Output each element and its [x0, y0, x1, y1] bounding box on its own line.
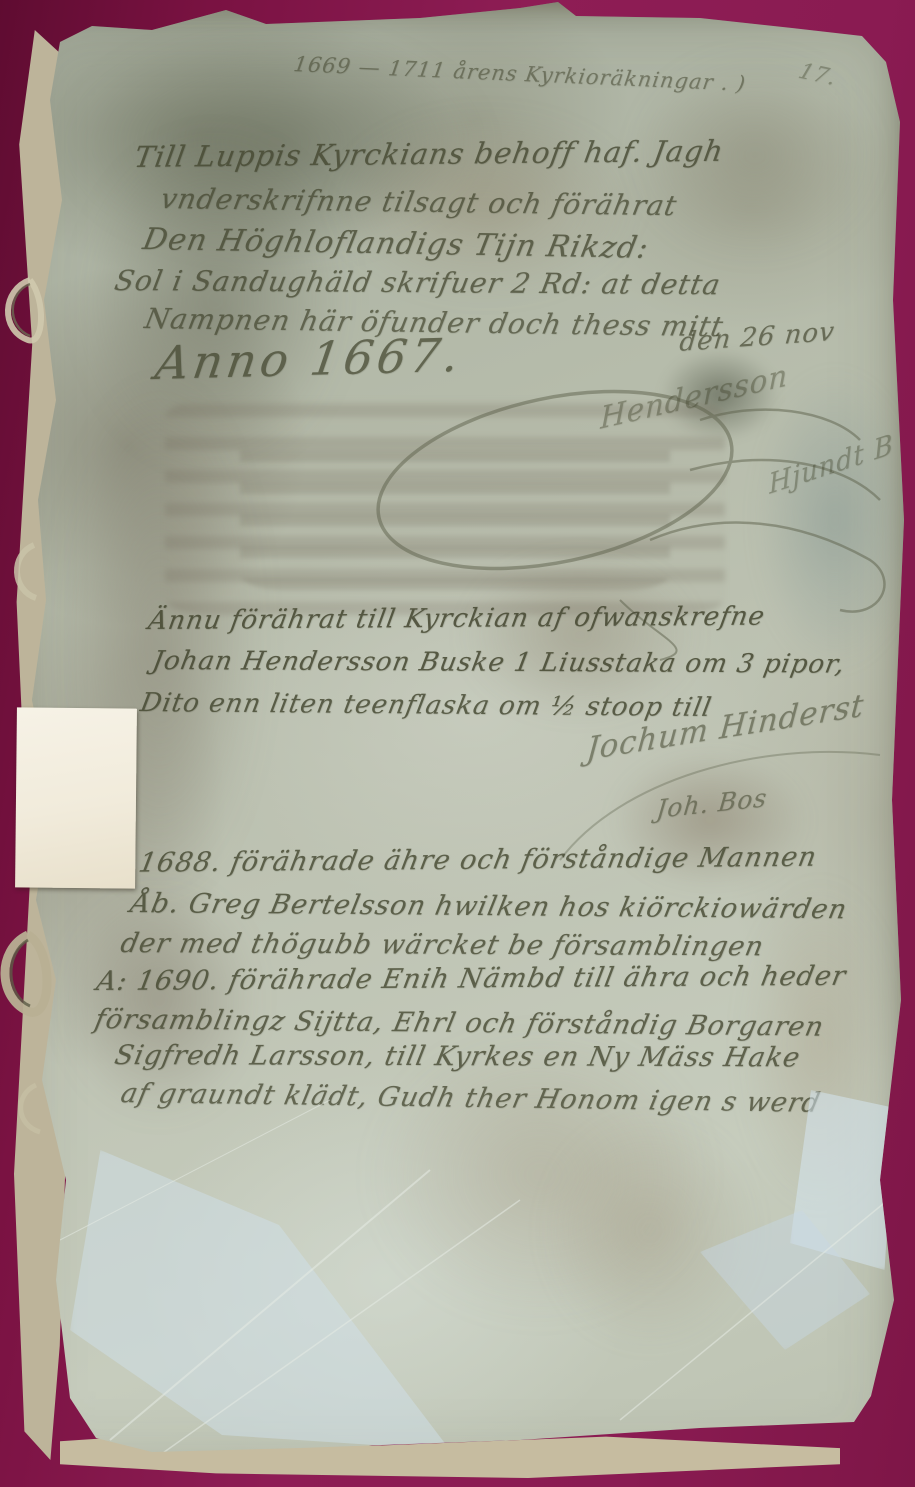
manuscript-page: 1669 — 1711 årens Kyrkioräkningar . ) 17…: [0, 0, 915, 1487]
crease-lines: [0, 0, 915, 1487]
paper-slip: [15, 707, 137, 888]
manuscript-photo: 1669 — 1711 årens Kyrkioräkningar . ) 17…: [0, 0, 915, 1487]
